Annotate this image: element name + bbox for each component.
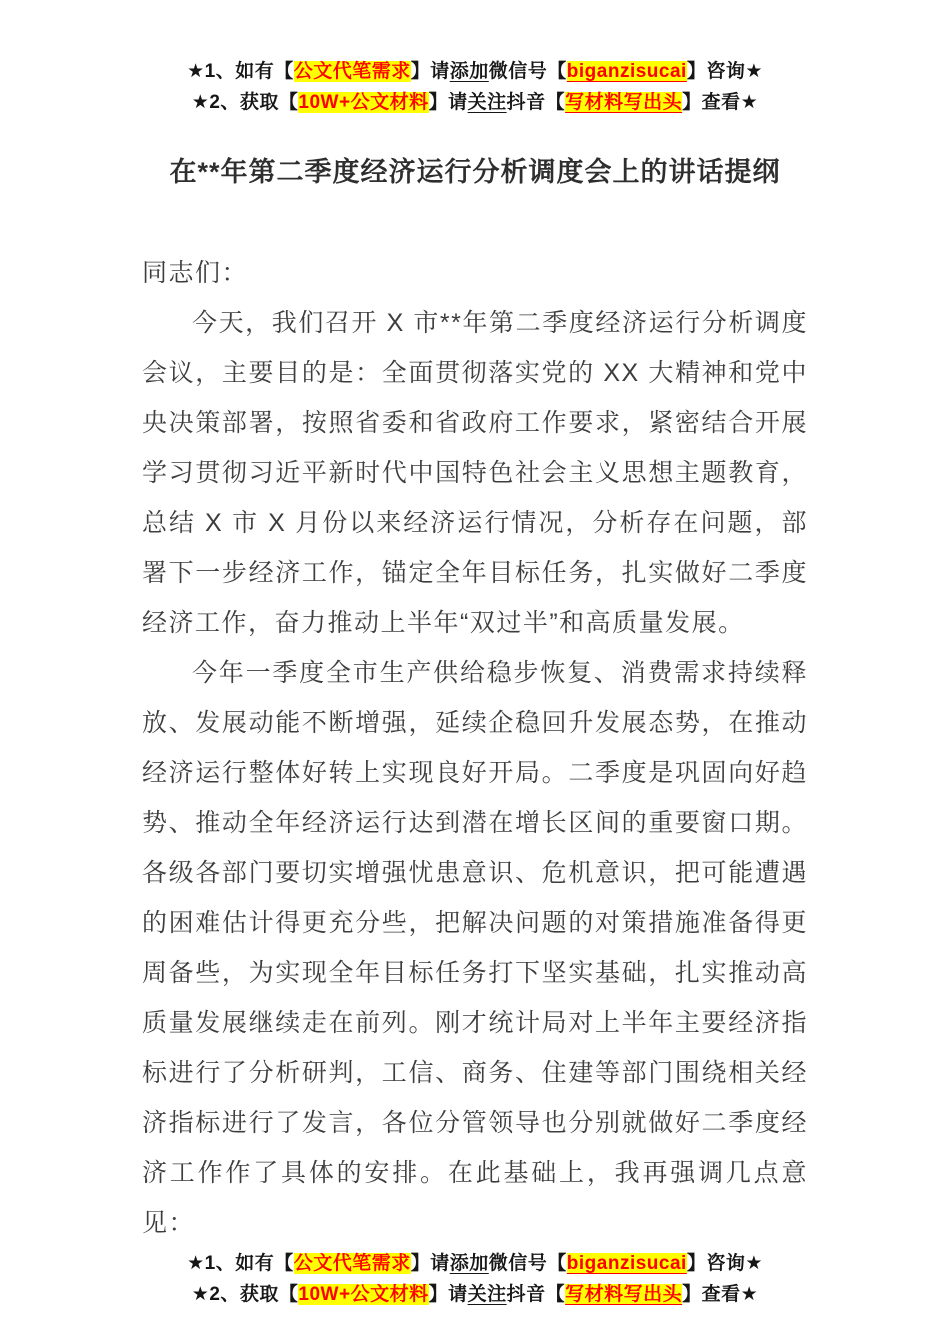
document-page: ★1、如有【公文代笔需求】请添加微信号【biganzisucai】咨询★ ★2、…	[0, 0, 950, 1344]
ad-douyin-id: 写材料写出头	[565, 92, 682, 113]
ad-text: ★2、获取【	[192, 92, 299, 113]
document-body: 同志们： 今天，我们召开 X 市**年第二季度经济运行分析调度会议，主要目的是：…	[142, 226, 808, 1248]
ad-highlight-materials: 10W+公文材料	[298, 1284, 428, 1305]
ad-line-2: ★2、获取【10W+公文材料】请关注抖音【写材料写出头】查看★	[142, 87, 808, 118]
ad-line-1: ★1、如有【公文代笔需求】请添加微信号【biganzisucai】咨询★	[142, 1248, 808, 1279]
ad-text: 】咨询★	[687, 1253, 763, 1274]
ad-line-1: ★1、如有【公文代笔需求】请添加微信号【biganzisucai】咨询★	[142, 56, 808, 87]
paragraph: 今天，我们召开 X 市**年第二季度经济运行分析调度会议，主要目的是：全面贯彻落…	[142, 298, 808, 648]
ad-highlight-writing-service: 公文代笔需求	[294, 1253, 411, 1274]
ad-text: ★1、如有【	[187, 61, 294, 82]
paragraph: 今年一季度全市生产供给稳步恢复、消费需求持续释放、发展动能不断增强，延续企稳回升…	[142, 648, 808, 1248]
ad-douyin-id: 写材料写出头	[565, 1284, 682, 1305]
salutation: 同志们：	[142, 248, 808, 298]
ad-text: ★2、获取【	[192, 1284, 299, 1305]
footer-ad-banner: ★1、如有【公文代笔需求】请添加微信号【biganzisucai】咨询★ ★2、…	[142, 1248, 808, 1310]
ad-text: 】请	[429, 92, 468, 113]
ad-text: 抖音【	[507, 92, 566, 113]
ad-text: 】咨询★	[687, 61, 763, 82]
ad-text: 微信号【	[489, 61, 567, 82]
ad-text: 抖音【	[507, 1284, 566, 1305]
ad-underline-add: 添加	[450, 1253, 489, 1274]
ad-text: 】请	[429, 1284, 468, 1305]
ad-text: 微信号【	[489, 1253, 567, 1274]
ad-text: 】请	[411, 61, 450, 82]
ad-text: 】查看★	[682, 92, 758, 113]
ad-highlight-materials: 10W+公文材料	[298, 92, 428, 113]
ad-underline-follow: 关注	[468, 1284, 507, 1305]
ad-underline-add: 添加	[450, 61, 489, 82]
ad-highlight-writing-service: 公文代笔需求	[294, 61, 411, 82]
ad-wechat-id: biganzisucai	[567, 61, 687, 82]
ad-text: ★1、如有【	[187, 1253, 294, 1274]
ad-wechat-id: biganzisucai	[567, 1253, 687, 1274]
ad-line-2: ★2、获取【10W+公文材料】请关注抖音【写材料写出头】查看★	[142, 1279, 808, 1310]
header-ad-banner: ★1、如有【公文代笔需求】请添加微信号【biganzisucai】咨询★ ★2、…	[142, 56, 808, 118]
ad-underline-follow: 关注	[468, 92, 507, 113]
document-title: 在**年第二季度经济运行分析调度会上的讲话提纲	[142, 152, 808, 192]
ad-text: 】查看★	[682, 1284, 758, 1305]
ad-text: 】请	[411, 1253, 450, 1274]
